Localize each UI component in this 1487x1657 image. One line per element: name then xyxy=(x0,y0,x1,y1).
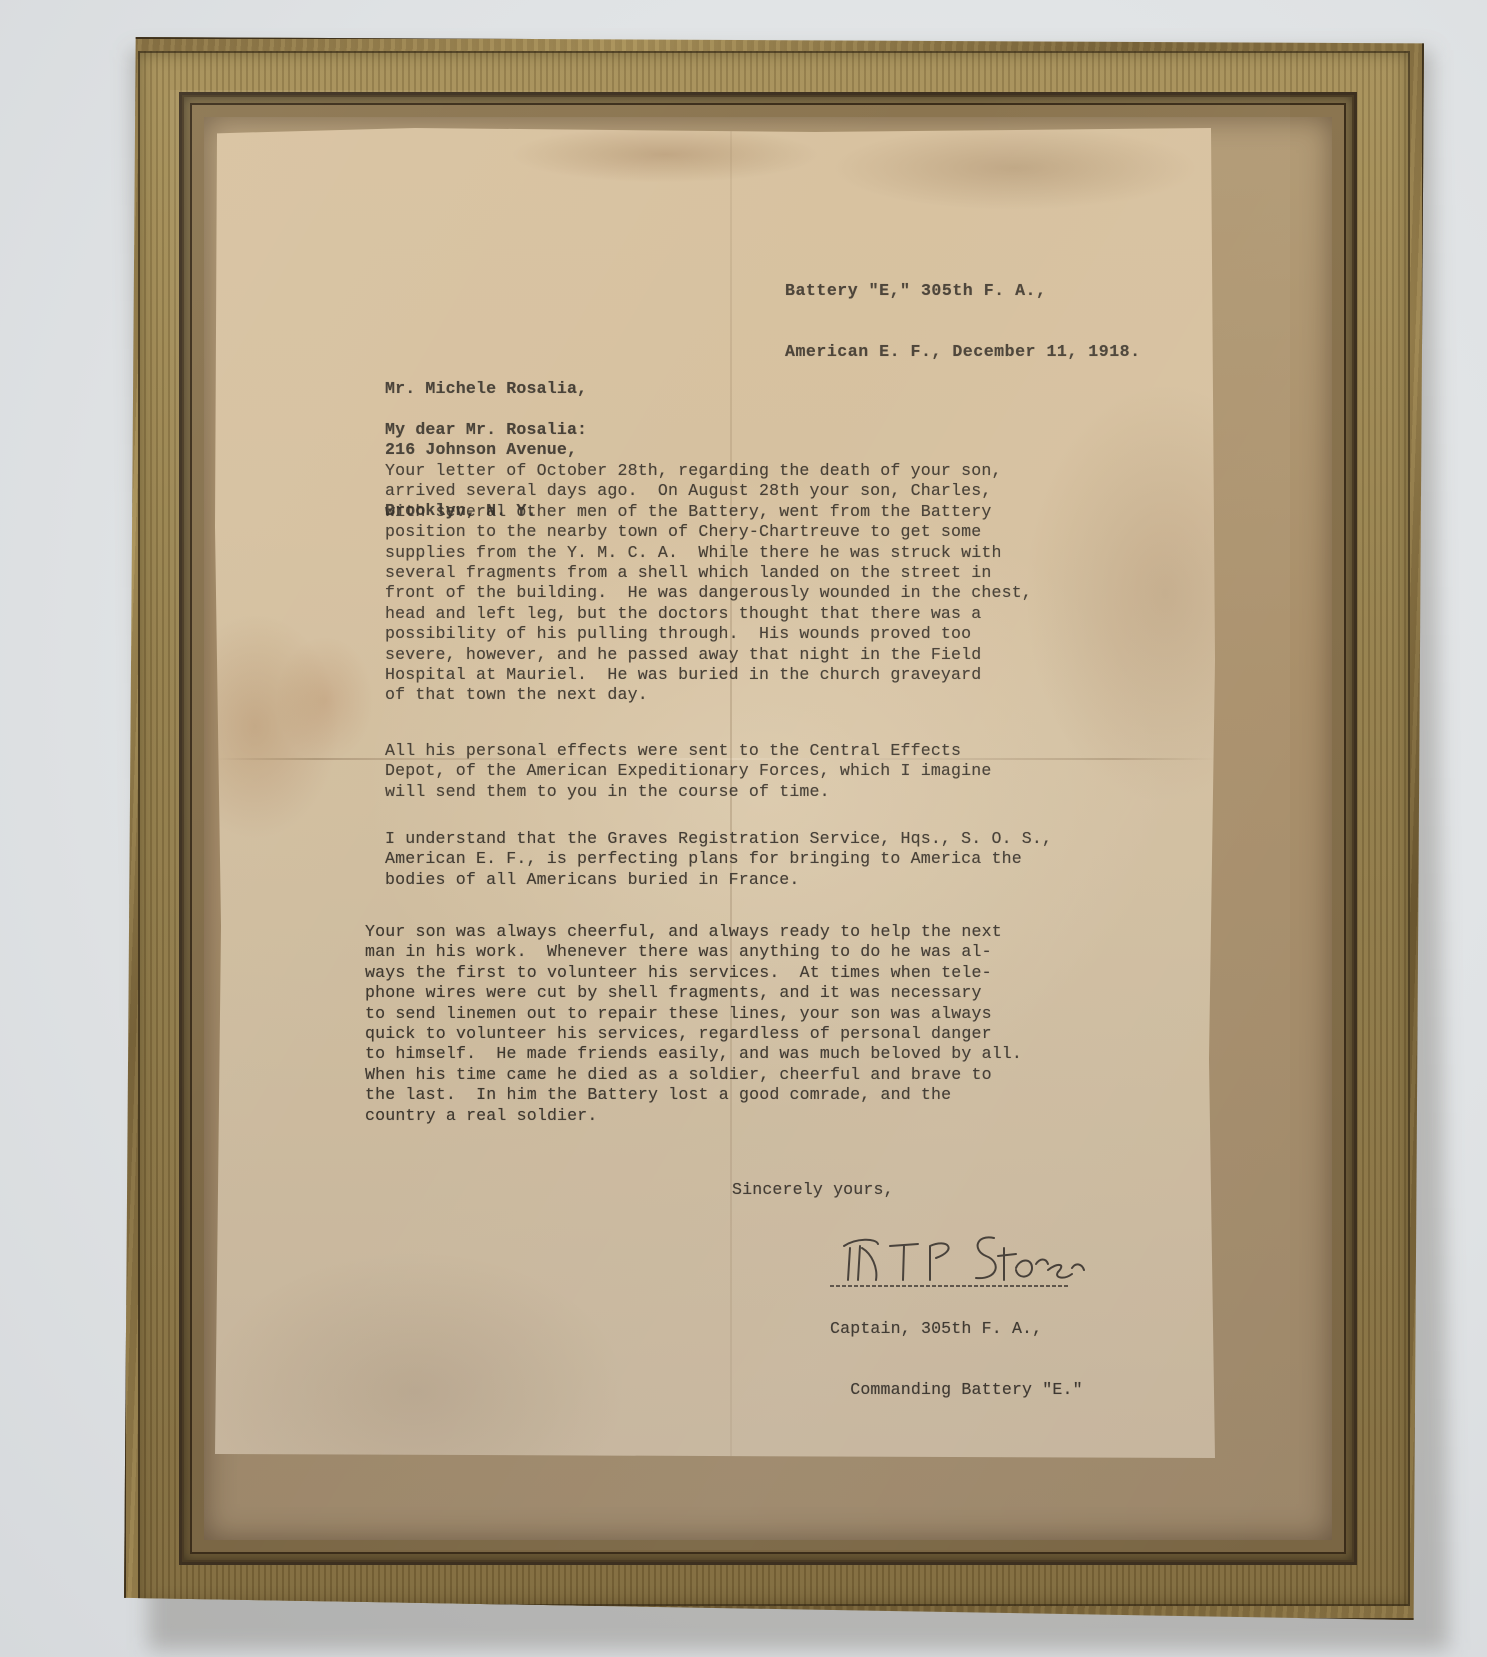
body-line: the last. In him the Battery lost a good… xyxy=(365,1085,1022,1105)
address-line: 216 Johnson Avenue, xyxy=(385,440,587,460)
body-line: bodies of all Americans buried in France… xyxy=(385,870,1052,890)
body-line: supplies from the Y. M. C. A. While ther… xyxy=(385,543,1032,563)
body-line: arrived several days ago. On August 28th… xyxy=(385,481,1032,501)
body-line: Depot, of the American Expeditionary For… xyxy=(385,761,991,781)
body-paragraph-2: All his personal effects were sent to th… xyxy=(385,741,991,802)
body-paragraph-1: Your letter of October 28th, regarding t… xyxy=(385,461,1032,706)
body-line: to send linemen out to repair these line… xyxy=(365,1004,1022,1024)
letter-heading: Battery "E," 305th F. A., American E. F.… xyxy=(785,240,1141,383)
body-line: ways the first to volunteer his services… xyxy=(365,963,1022,983)
body-line: quick to volunteer his services, regardl… xyxy=(365,1024,1022,1044)
signatory-title: Captain, 305th F. A., Commanding Battery… xyxy=(830,1278,1083,1421)
salutation: My dear Mr. Rosalia: xyxy=(385,420,587,440)
body-line: to himself. He made friends easily, and … xyxy=(365,1044,1022,1064)
body-line: phone wires were cut by shell fragments,… xyxy=(365,983,1022,1003)
body-line: several fragments from a shell which lan… xyxy=(385,563,1032,583)
body-line: American E. F., is perfecting plans for … xyxy=(385,849,1052,869)
body-line: with several other men of the Battery, w… xyxy=(385,502,1032,522)
body-line: will send them to you in the course of t… xyxy=(385,782,991,802)
body-line: head and left leg, but the doctors thoug… xyxy=(385,604,1032,624)
body-line: possibility of his pulling through. His … xyxy=(385,624,1032,644)
address-line: Mr. Michele Rosalia, xyxy=(385,379,587,399)
heading-line: Battery "E," 305th F. A., xyxy=(785,281,1141,301)
body-paragraph-3: I understand that the Graves Registratio… xyxy=(385,829,1052,890)
body-line: country a real soldier. xyxy=(365,1106,1022,1126)
body-line: I understand that the Graves Registratio… xyxy=(385,829,1052,849)
body-line: Your son was always cheerful, and always… xyxy=(365,922,1022,942)
title-line: Captain, 305th F. A., xyxy=(830,1319,1083,1339)
body-paragraph-4: Your son was always cheerful, and always… xyxy=(365,922,1022,1126)
title-line: Commanding Battery "E." xyxy=(830,1380,1083,1400)
body-line: Your letter of October 28th, regarding t… xyxy=(385,461,1032,481)
body-line: All his personal effects were sent to th… xyxy=(385,741,991,761)
body-line: When his time came he died as a soldier,… xyxy=(365,1065,1022,1085)
body-line: of that town the next day. xyxy=(385,685,1032,705)
body-line: severe, however, and he passed away that… xyxy=(385,645,1032,665)
body-line: Hospital at Mauriel. He was buried in th… xyxy=(385,665,1032,685)
body-line: position to the nearby town of Chery-Cha… xyxy=(385,522,1032,542)
heading-line: American E. F., December 11, 1918. xyxy=(785,342,1141,362)
body-line: man in his work. Whenever there was anyt… xyxy=(365,942,1022,962)
body-line: front of the building. He was dangerousl… xyxy=(385,583,1032,603)
closing: Sincerely yours, xyxy=(732,1180,894,1200)
